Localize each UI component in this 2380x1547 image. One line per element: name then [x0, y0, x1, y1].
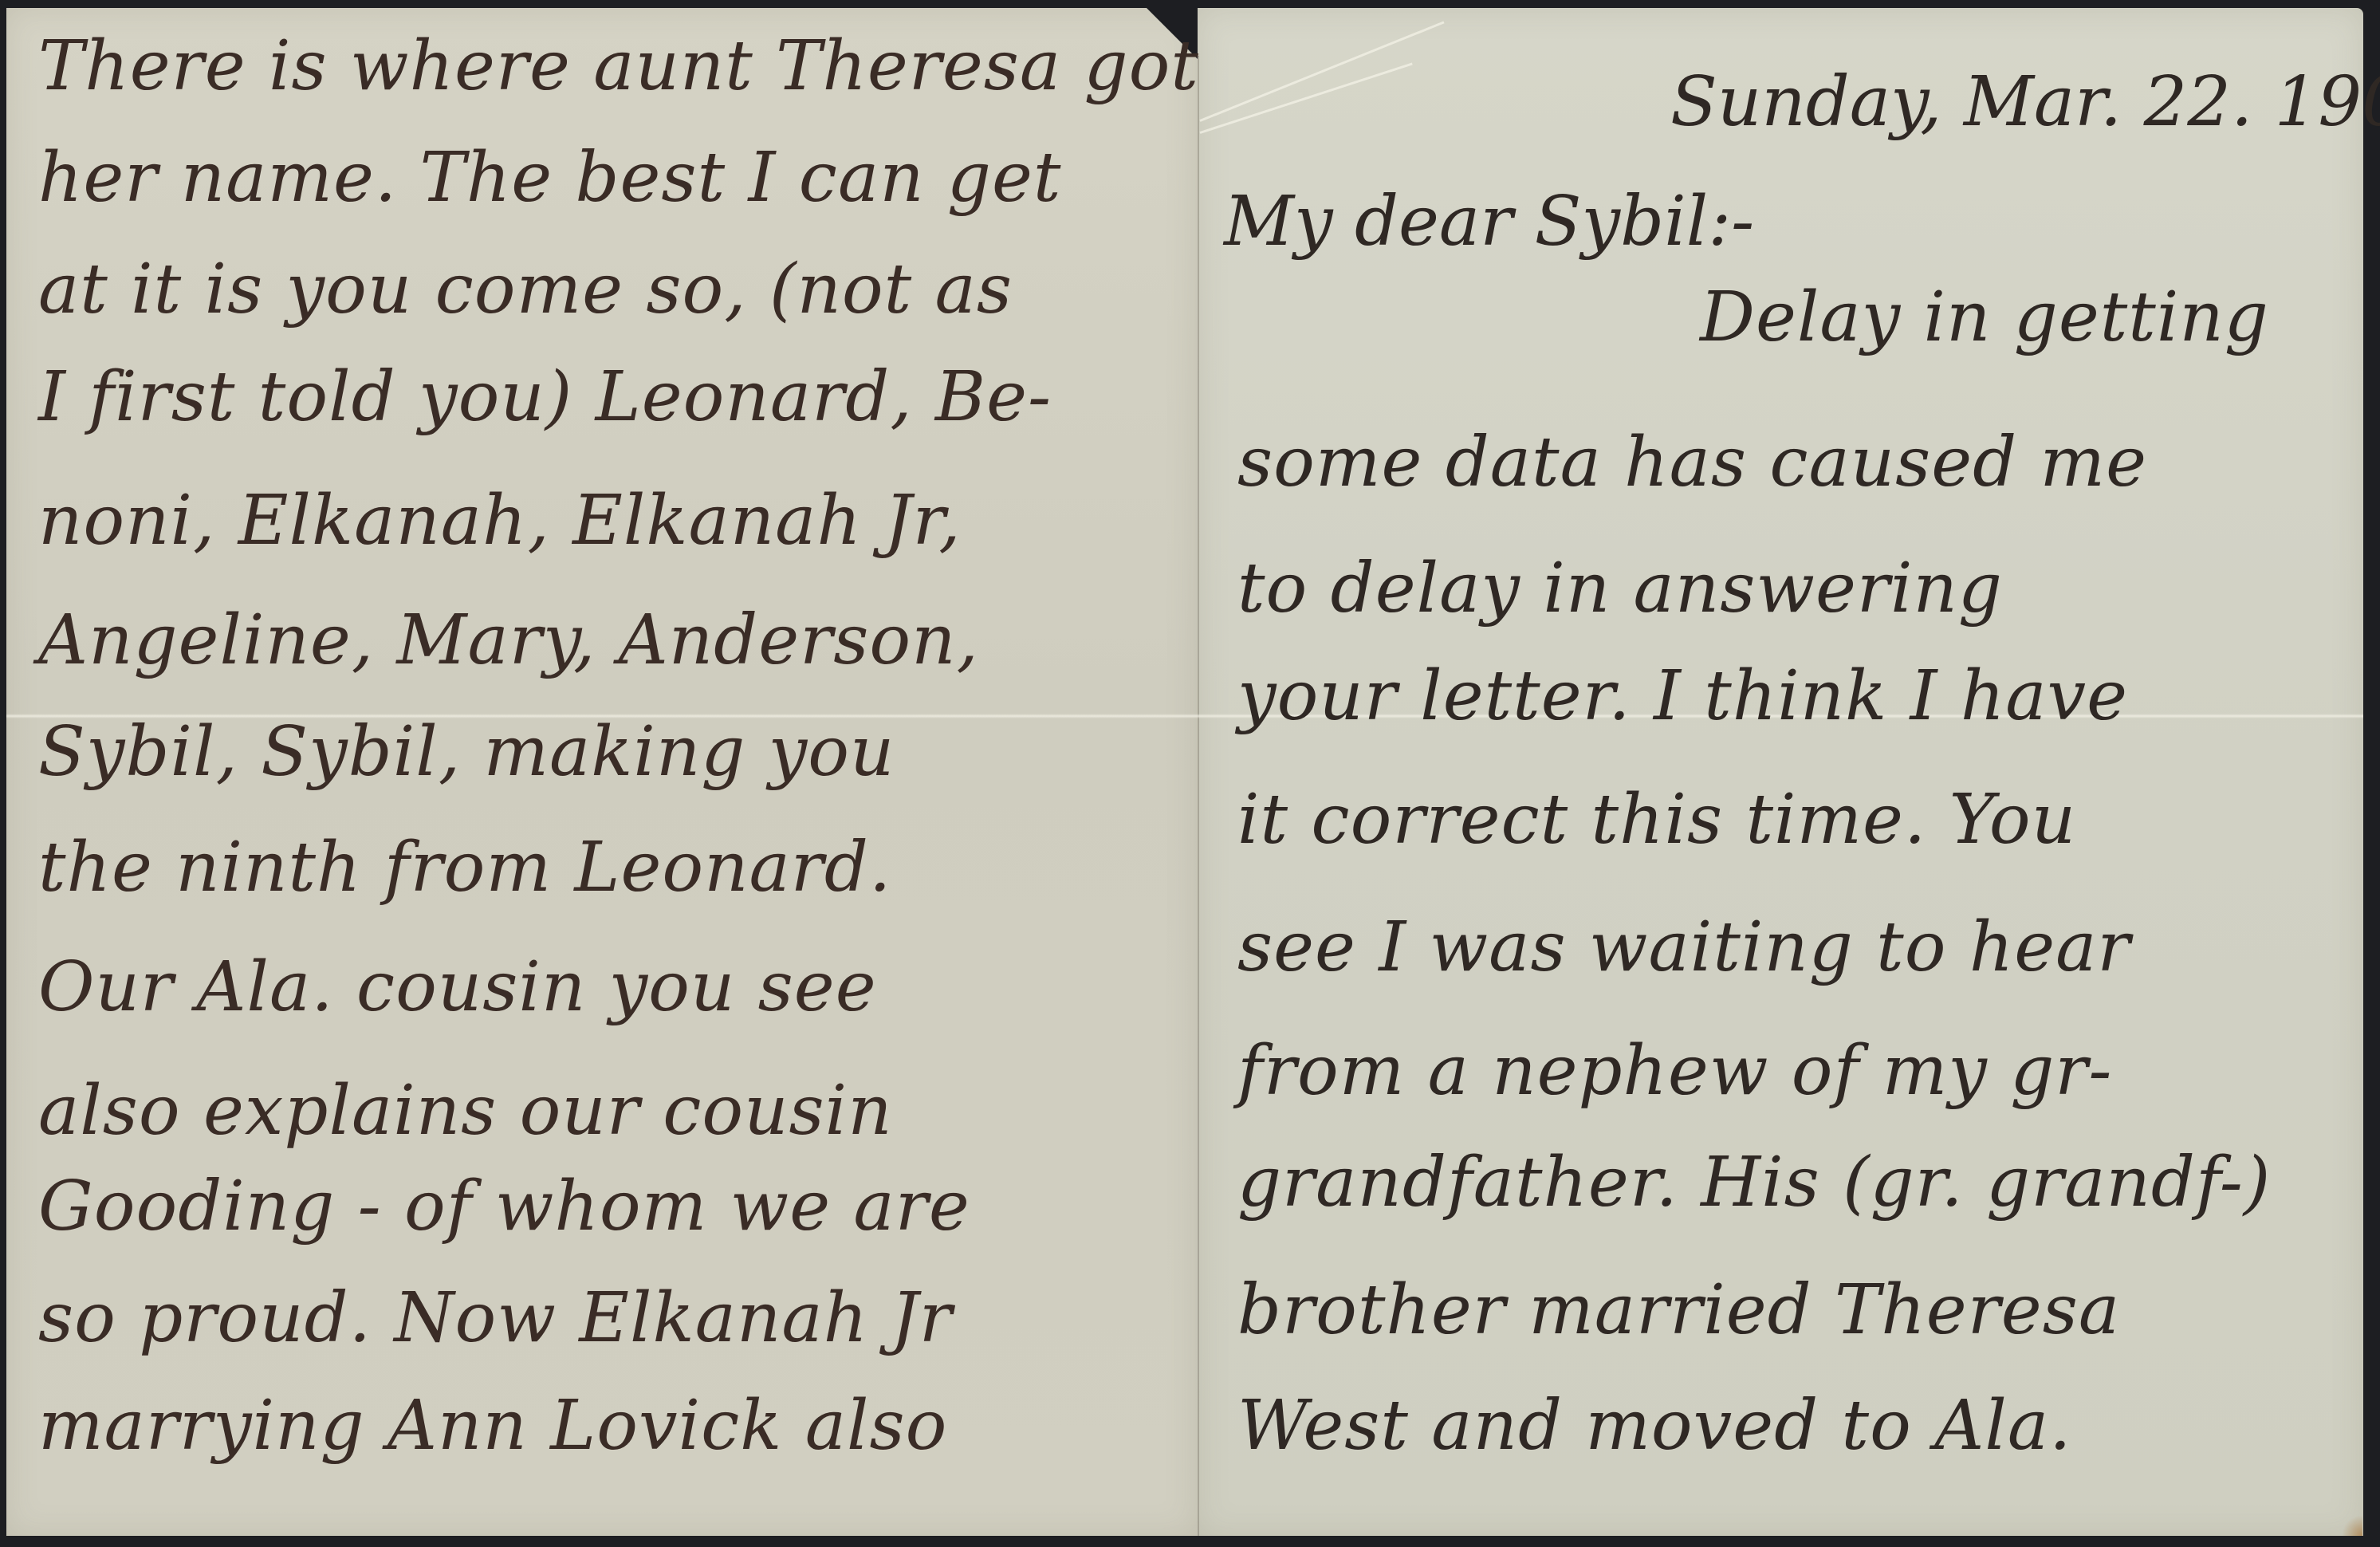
text-line: West and moved to Ala. — [1237, 1392, 2071, 1460]
text-line: noni, Elkanah, Elkanah Jr, — [38, 486, 962, 555]
text-line: see I was waiting to hear — [1237, 913, 2131, 982]
text-line: Sybil, Sybil, making you — [38, 718, 895, 786]
text-line: some data has caused me — [1237, 428, 2147, 497]
letter-date: Sunday, Mar. 22. 1908 — [1670, 62, 2380, 142]
salutation: My dear Sybil:- — [1224, 182, 1754, 262]
text-line: to delay in answering — [1237, 554, 2003, 623]
text-line: I first told you) Leonard, Be- — [38, 363, 1052, 431]
corner-stain — [2342, 1515, 2362, 1536]
text-line: her name. The best I can get — [38, 144, 1061, 212]
text-line: so proud. Now Elkanah Jr — [38, 1284, 953, 1352]
text-line: from a nephew of my gr- — [1237, 1037, 2112, 1105]
text-line: There is where aunt Theresa got — [38, 32, 1199, 100]
text-line: the ninth from Leonard. — [38, 833, 891, 902]
center-fold-line — [1198, 56, 1199, 1536]
text-line: Delay in getting — [1700, 283, 2269, 352]
text-line: at it is you come so, (not as — [38, 255, 1013, 324]
text-line: it correct this time. You — [1237, 785, 2076, 854]
text-line: your letter. I think I have — [1237, 662, 2128, 730]
text-line: brother married Theresa — [1237, 1276, 2120, 1344]
text-line: Angeline, Mary, Anderson, — [38, 606, 979, 675]
text-line: grandfather. His (gr. grandf-) — [1237, 1148, 2271, 1217]
text-line: also explains our cousin — [38, 1077, 893, 1145]
text-line: Our Ala. cousin you see — [38, 953, 877, 1021]
text-line: marrying Ann Lovick also — [38, 1392, 947, 1460]
text-line: Gooding - of whom we are — [38, 1172, 970, 1241]
letter-scan: Sunday, Mar. 22. 1908 My dear Sybil:- De… — [0, 0, 2380, 1547]
